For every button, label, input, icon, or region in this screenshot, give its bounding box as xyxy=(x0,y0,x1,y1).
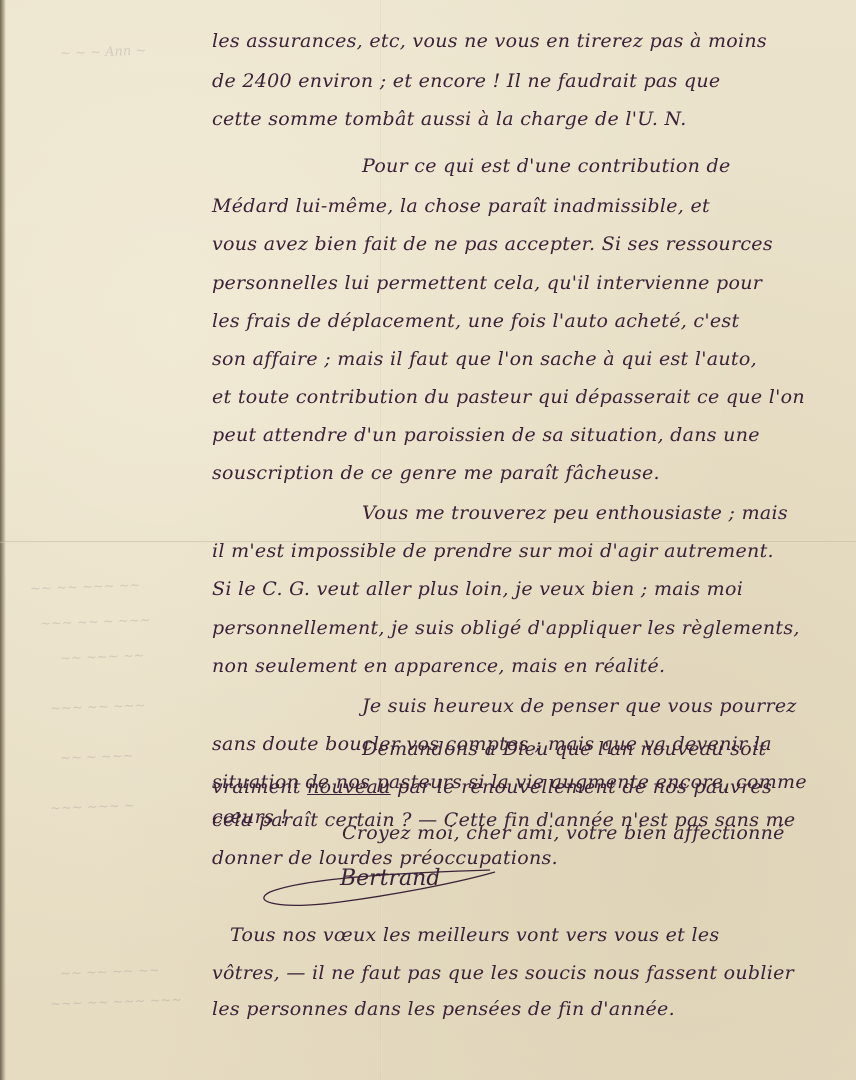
bleed-through-text: ~~ ~~ ~~~ ~~ xyxy=(30,578,141,597)
postscript-line: Tous nos vœux les meilleurs vont vers vo… xyxy=(212,924,719,946)
bleed-through-text: ~~~ ~~ ~~~ ~~~ xyxy=(50,993,183,1013)
bleed-through-text: ~~ ~ ~~~ xyxy=(60,749,134,767)
bleed-through-text: ~~ ~~ ~~ ~~ xyxy=(60,963,160,981)
bleed-through-text: ~~ ~~~ ~~ xyxy=(60,649,145,667)
postscript-line: vôtres, — il ne faut pas que les soucis … xyxy=(212,962,794,984)
page-edge-shadow xyxy=(0,0,6,1080)
bleed-through-text: ~ ~ ~ Ann ~ xyxy=(60,43,147,61)
bleed-through-text: ~~~ ~~ ~ ~~~ xyxy=(40,613,151,632)
postscript: Tous nos vœux les meilleurs vont vers vo… xyxy=(212,0,832,1080)
bleed-through-text: ~~~ ~~ ~~~ xyxy=(50,698,146,716)
bleed-through-text: ~~~ ~~~ ~ xyxy=(50,799,135,817)
postscript-line: les personnes dans les pensées de fin d'… xyxy=(212,998,675,1020)
